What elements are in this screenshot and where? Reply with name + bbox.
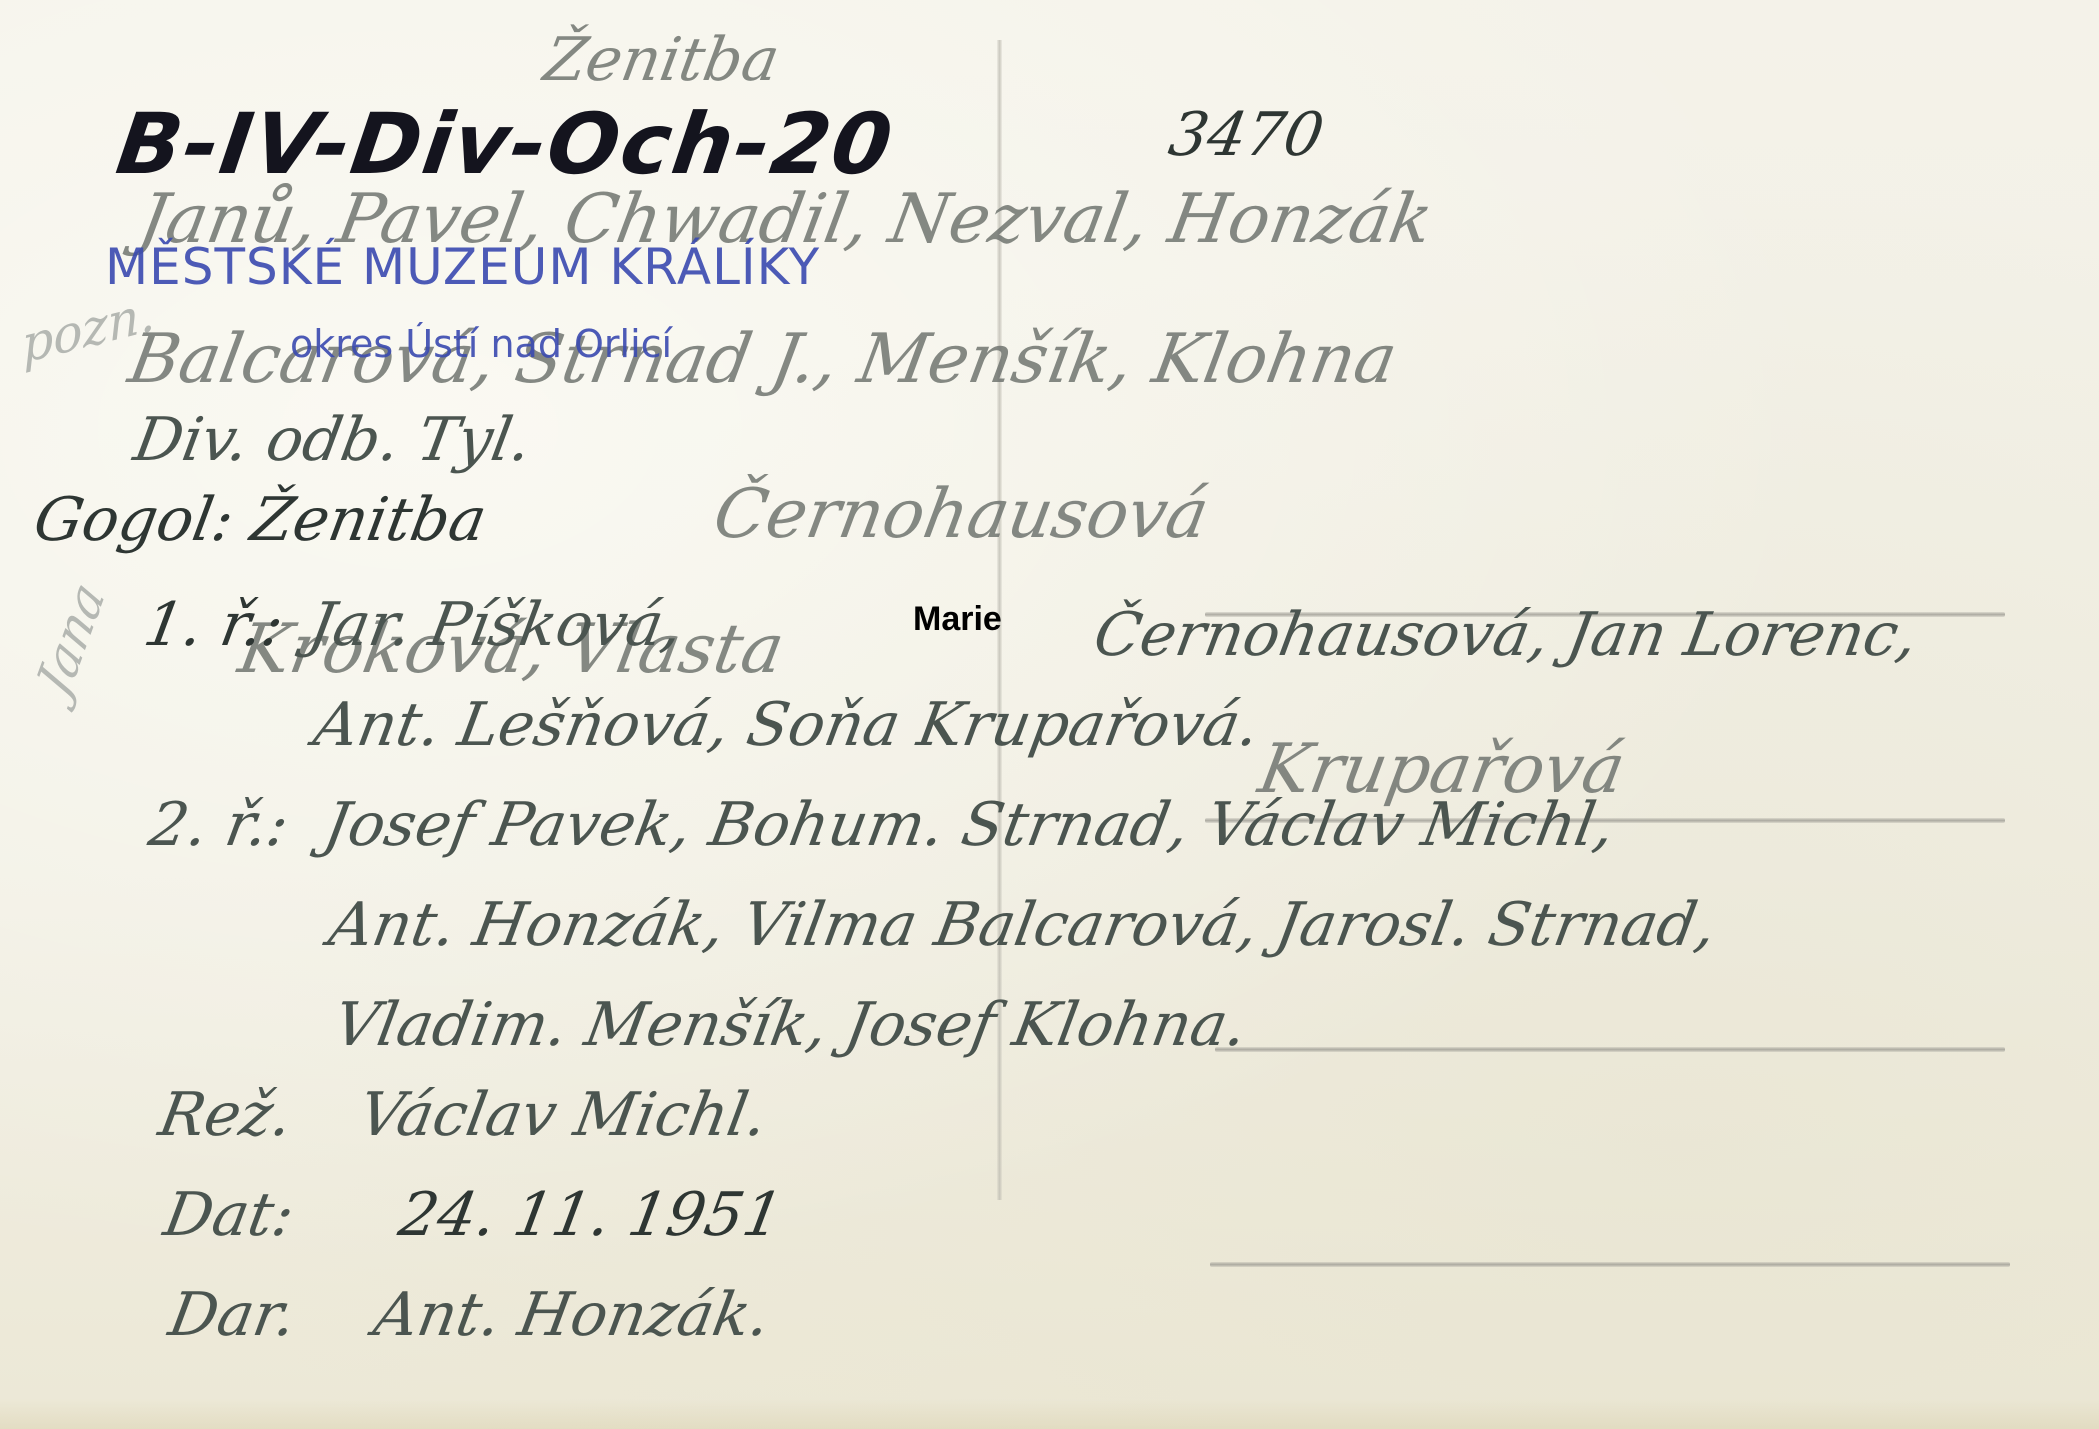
donor-label: Dar.: [164, 1280, 301, 1350]
cast-2-line-3: Vladim. Menšík, Josef Klohna.: [329, 990, 1252, 1060]
museum-stamp-district: okres Ústí nad Orlicí: [290, 322, 672, 366]
date-label: Dat:: [159, 1180, 300, 1250]
donor-name: Ant. Honzák.: [369, 1280, 775, 1350]
director-label: Rež.: [154, 1080, 298, 1150]
postcard-back: Ženitba Janů, Pavel, Chwadil, Nezval, Ho…: [0, 0, 2099, 1429]
museum-stamp-name: MĚSTSKÉ MUZEUM KRÁLÍKY: [105, 238, 820, 296]
date-value: 24. 11. 1951: [394, 1180, 788, 1250]
pencil-margin-note-2: Jana: [26, 572, 115, 707]
cast-2-line-2: Ant. Honzák, Vilma Balcarová, Jarosl. St…: [324, 890, 1722, 960]
printed-name-insert: Marie: [913, 600, 1002, 639]
cast-1-line-2: Ant. Lešňová, Soňa Krupařová.: [309, 690, 1265, 760]
address-line-3: [1215, 1047, 2005, 1052]
cast-1-label: 1. ř.:: [139, 590, 289, 660]
address-line-4: [1210, 1262, 2010, 1267]
play-label: Gogol: Ženitba: [29, 485, 492, 555]
director-name: Václav Michl.: [354, 1080, 773, 1150]
play-author: Gogol:: [29, 485, 239, 555]
cast-1-line-1: Jar. Píšková,: [304, 590, 688, 660]
pencil-note-name-3: Černohausová: [708, 475, 1214, 554]
cast-2-line-1: Josef Pavek, Bohum. Strnad, Václav Michl…: [319, 790, 1620, 860]
catalog-number: 3470: [1164, 100, 1329, 170]
pencil-note-title: Ženitba: [539, 25, 785, 95]
play-title: Ženitba: [246, 485, 492, 555]
inventory-number-stamp: B-IV-Div-Och-20: [111, 95, 900, 193]
ensemble-note: Div. odb. Tyl.: [129, 405, 537, 475]
cast-1-line-1-cont: Černohausová, Jan Lorenc,: [1089, 600, 1923, 670]
cast-2-label: 2. ř.:: [144, 790, 294, 860]
